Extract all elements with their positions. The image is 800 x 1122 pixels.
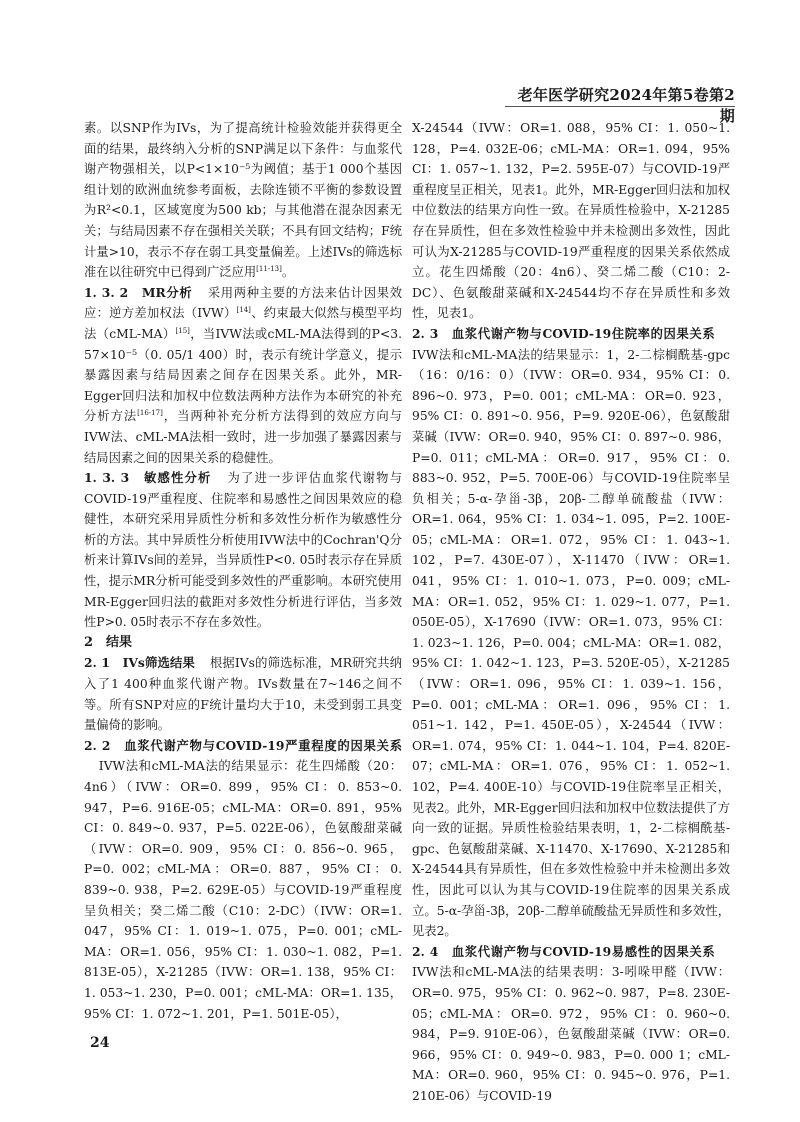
- paragraph-ivs-criteria: 素。以SNP作为IVs，为了提高统计检验效能并获得更全面的结果，最终纳入分析的S…: [84, 118, 402, 283]
- subheading: 1. 3. 2 MR分析: [84, 285, 192, 300]
- paragraph-severity-continued: X-24544（IVW：OR=1. 088，95% CI：1. 050~1. 1…: [412, 118, 730, 324]
- section-2-1: 2. 1 IVs筛选结果根据IVs的筛选标准，MR研究共纳入了1 400种血浆代…: [84, 653, 402, 735]
- citation: [15]: [176, 327, 190, 335]
- citation: [11-13]: [256, 265, 282, 273]
- left-column: 素。以SNP作为IVs，为了提高统计检验效能并获得更全面的结果，最终纳入分析的S…: [84, 118, 402, 1024]
- paragraph-text: 。: [282, 265, 294, 279]
- subheading: 2. 2 血浆代谢产物与COVID-19严重程度的因果关系: [84, 738, 402, 753]
- section-2-4: 2. 4 血浆代谢产物与COVID-19易感性的因果关系IVW法和cML-MA法…: [412, 942, 730, 1107]
- subheading: 1. 3. 3 敏感性分析: [84, 470, 212, 485]
- section-1-3-3: 1. 3. 3 敏感性分析为了进一步评估血浆代谢物与COVID-19严重程度、住…: [84, 468, 402, 633]
- section-1-3-2: 1. 3. 2 MR分析采用两种主要的方法来估计因果效应：逆方差加权法（IVW）…: [84, 283, 402, 468]
- subheading: 2. 3 血浆代谢产物与COVID-19住院率的因果关系: [412, 326, 715, 341]
- citation: [14]: [237, 306, 251, 314]
- citation: [16-17]: [137, 409, 163, 417]
- page-number: 24: [90, 1035, 109, 1051]
- subheading: 2. 4 血浆代谢产物与COVID-19易感性的因果关系: [412, 944, 715, 959]
- section-2-3: 2. 3 血浆代谢产物与COVID-19住院率的因果关系IVW法和cML-MA法…: [412, 324, 730, 942]
- subheading: 2. 1 IVs筛选结果: [84, 655, 195, 670]
- paragraph-text: 为了进一步评估血浆代谢物与COVID-19严重程度、住院率和易感性之间因果效应的…: [84, 471, 402, 629]
- paragraph-text: IVW法和cML-MA法的结果显示：1，2-二棕榈酰基-gpc（16：0/16：…: [412, 348, 730, 939]
- paragraph-text: 素。以SNP作为IVs，为了提高统计检验效能并获得更全面的结果，最终纳入分析的S…: [84, 121, 402, 279]
- paragraph-text: IVW法和cML-MA法的结果显示：花生四烯酸（20：4n6）（IVW：OR=0…: [84, 759, 402, 1020]
- header-rule: [505, 106, 735, 107]
- right-column: X-24544（IVW：OR=1. 088，95% CI：1. 050~1. 1…: [412, 118, 730, 1107]
- section-2-heading: 2 结果: [84, 633, 402, 654]
- paragraph-text: IVW法和cML-MA法的结果表明：3-吲哚甲醛（IVW：OR=0. 975，9…: [412, 965, 730, 1103]
- section-2-2: 2. 2 血浆代谢产物与COVID-19严重程度的因果关系IVW法和cML-MA…: [84, 736, 402, 1024]
